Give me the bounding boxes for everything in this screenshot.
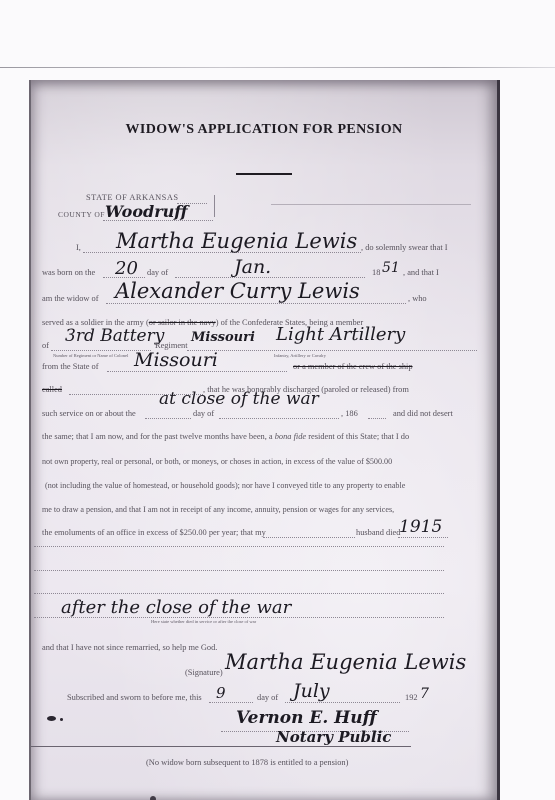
husband-status-field xyxy=(263,537,355,538)
blank-line-2 xyxy=(34,570,444,571)
discharge-day-field xyxy=(145,418,191,419)
struck-crew-text: or a member of the crew of the ship xyxy=(293,362,413,371)
sworn-month: July xyxy=(293,680,330,702)
text-sworn-day-of: day of xyxy=(257,693,278,702)
text-sworn-year-prefix: 192 xyxy=(405,693,418,702)
sworn-month-field xyxy=(285,702,400,703)
regiment-branch-field xyxy=(187,350,477,351)
regiment-type: Light Artillery xyxy=(276,324,405,345)
from-state-field xyxy=(107,371,287,372)
para-2: not own property, real or personal, or b… xyxy=(42,457,392,466)
footer-note: (No widow born subsequent to 1878 is ent… xyxy=(146,758,348,767)
state-label: STATE OF ARKANSAS xyxy=(86,193,179,202)
bona-fide-text: bona fide xyxy=(275,432,306,441)
para-1b-text: resident of this State; that I do xyxy=(308,432,409,441)
county-value: Woodruff xyxy=(105,202,188,221)
para-1-text: the same; that I am now, and for the pas… xyxy=(42,432,273,441)
caption-death: Here state whether died in service or af… xyxy=(151,619,256,624)
text-who: , who xyxy=(408,294,427,303)
scan-edge-line xyxy=(0,67,555,68)
title-rule xyxy=(236,173,292,175)
birth-year-suffix: 51 xyxy=(382,260,400,276)
discharge-month-field xyxy=(219,418,339,419)
ink-spot xyxy=(150,796,156,800)
blank-line-3 xyxy=(34,593,444,594)
bracket-line xyxy=(214,195,215,217)
sworn-year-suffix: 7 xyxy=(420,686,429,702)
regiment-state: Missouri xyxy=(191,330,255,345)
pension-application-document: WIDOW'S APPLICATION FOR PENSION STATE OF… xyxy=(29,80,500,800)
notary-name: Vernon E. Huff xyxy=(236,708,377,728)
caption-regiment: Number of Regiment or Name of Colonel xyxy=(53,353,128,358)
text-and-that: , and that I xyxy=(403,268,439,277)
text-year-186: , 186 xyxy=(341,409,358,418)
applicant-name: Martha Eugenia Lewis xyxy=(116,229,357,253)
signature-label: (Signature) xyxy=(185,668,223,677)
text-from-state: from the State of xyxy=(42,362,99,371)
para-4: me to draw a pension, and that I am not … xyxy=(42,505,394,514)
birth-day: 20 xyxy=(115,258,138,279)
husband-name-field xyxy=(106,303,406,304)
text-swear: , do solemnly swear that I xyxy=(361,243,448,252)
struck-called-text: called xyxy=(42,385,62,394)
state-field-line xyxy=(271,204,471,205)
text-service-about: such service on or about the xyxy=(42,409,136,418)
sworn-day-field xyxy=(209,702,253,703)
death-circumstance: after the close of the war xyxy=(61,597,291,618)
regiment-number: 3rd Battery xyxy=(65,326,164,346)
ink-dot xyxy=(60,718,63,721)
document-title: WIDOW'S APPLICATION FOR PENSION xyxy=(31,122,497,138)
sworn-day: 9 xyxy=(216,684,226,702)
notary-title: Notary Public xyxy=(276,728,391,746)
death-year-field xyxy=(398,537,448,538)
para-5: the emoluments of an office in excess of… xyxy=(42,528,266,537)
caption-branch: Infantry, Artillery or Cavalry xyxy=(274,353,326,358)
text-i: I, xyxy=(76,243,81,252)
text-widow-of: am the widow of xyxy=(42,294,99,303)
from-state-value: Missouri xyxy=(134,349,218,371)
birth-month: Jan. xyxy=(234,256,271,278)
ink-blot xyxy=(47,716,56,721)
text-husband-died: husband died xyxy=(356,528,400,537)
text-desert: and did not desert xyxy=(393,409,453,418)
discharge-value: at close of the war xyxy=(159,389,319,409)
text-day-of: day of xyxy=(147,268,168,277)
signature-value: Martha Eugenia Lewis xyxy=(225,650,466,674)
discharge-year-field xyxy=(368,418,386,419)
text-year-prefix: 18 xyxy=(372,268,380,277)
text-subscribed: Subscribed and sworn to before me, this xyxy=(67,693,202,702)
para-3: (not including the value of homestead, o… xyxy=(45,481,405,490)
text-of: of xyxy=(42,341,49,350)
text-day-of-2: day of xyxy=(193,409,214,418)
husband-died-value: 1915 xyxy=(399,517,442,537)
county-label: COUNTY OF xyxy=(58,210,105,219)
blank-line-1 xyxy=(34,546,444,547)
text-remarried: and that I have not since remarried, so … xyxy=(42,643,217,652)
text-born-on: was born on the xyxy=(42,268,95,277)
notary-rule xyxy=(31,746,411,747)
husband-name: Alexander Curry Lewis xyxy=(115,279,360,303)
para-1: the same; that I am now, and for the pas… xyxy=(42,432,409,441)
